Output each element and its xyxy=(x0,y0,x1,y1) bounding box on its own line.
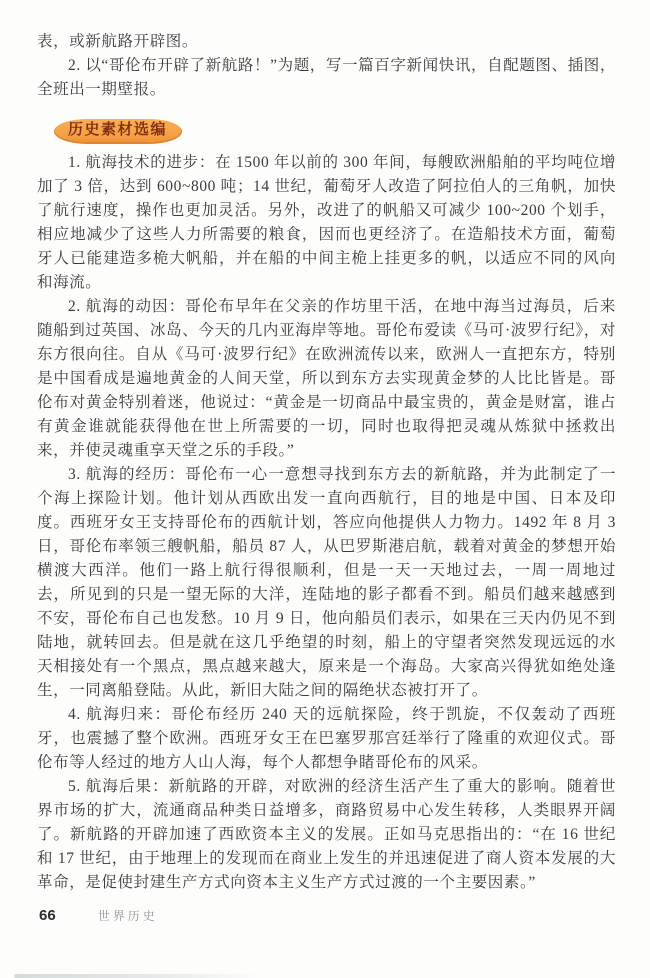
section-heading-badge: 历史素材选编 xyxy=(55,119,181,142)
material-paragraph-4: 4. 航海归来：哥伦布经历 240 天的远航探险，终于凯旋，不仅轰动了西班牙，也… xyxy=(37,703,616,775)
material-paragraph-3: 3. 航海的经历：哥伦布一心一意想寻找到东方去的新航路，并为此制定了一个海上探险… xyxy=(37,463,616,703)
exercise-item-2: 2. 以“哥伦布开辟了新航路！”为题，写一篇百字新闻快讯，自配题图、插图，全班出… xyxy=(37,54,616,102)
material-paragraph-5: 5. 航海后果：新航路的开辟，对欧洲的经济生活产生了重大的影响。随着世界市场的扩… xyxy=(37,775,616,895)
scan-edge-shadow xyxy=(14,974,262,978)
book-title: 世界历史 xyxy=(98,907,158,924)
page-number: 66 xyxy=(39,907,56,924)
material-paragraph-2: 2. 航海的动因：哥伦布早年在父亲的作坊里干活，在地中海当过海员，后来随船到过英… xyxy=(37,295,616,463)
material-paragraph-1: 1. 航海技术的进步：在 1500 年以前的 300 年间，每艘欧洲船舶的平均吨… xyxy=(37,151,616,295)
page-footer: 66 世界历史 xyxy=(39,907,158,924)
page-content: 表，或新航路开辟图。 2. 以“哥伦布开辟了新航路！”为题，写一篇百字新闻快讯，… xyxy=(37,30,616,895)
exercise-continuation-line: 表，或新航路开辟图。 xyxy=(37,30,616,54)
textbook-page: 表，或新航路开辟图。 2. 以“哥伦布开辟了新航路！”为题，写一篇百字新闻快讯，… xyxy=(0,0,650,978)
section-heading-row: 历史素材选编 xyxy=(55,119,616,144)
